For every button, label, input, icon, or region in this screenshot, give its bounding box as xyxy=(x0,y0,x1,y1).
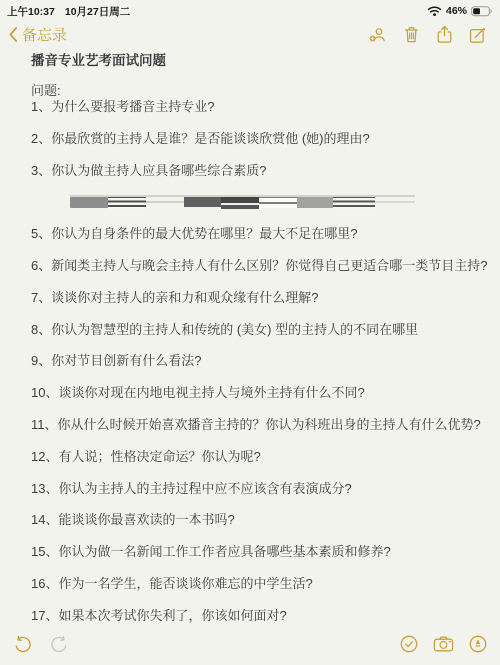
battery-icon xyxy=(471,6,493,17)
checklist-button[interactable] xyxy=(399,634,419,654)
question-text: 3、你认为做主持人应具备哪些综合素质? xyxy=(31,163,266,178)
question-text: 7、谈谈你对主持人的亲和力和观众缘有什么理解? xyxy=(31,290,318,305)
question-line: 9、你对节目创新有什么看法? xyxy=(31,353,494,369)
battery-percent: 46% xyxy=(446,5,467,17)
markup-icon xyxy=(468,634,488,654)
notes-app-window: 上午10:37 10月27日周二 46% xyxy=(0,0,500,665)
bottom-toolbar xyxy=(0,629,500,659)
back-label: 备忘录 xyxy=(22,24,67,45)
question-text: 15、你认为做一名新闻工作工作者应具备哪些基本素质和修养? xyxy=(31,544,391,559)
question-line: 14、能谈谈你最喜欢读的一本书吗? xyxy=(31,512,494,528)
question-text: 5、你认为自身条件的最大优势在哪里？最大不足在哪里? xyxy=(31,226,357,241)
share-icon xyxy=(435,25,454,44)
trash-icon xyxy=(402,25,421,44)
redo-button[interactable] xyxy=(49,634,70,655)
chevron-left-icon xyxy=(8,26,18,43)
question-line: 10、谈谈你对现在内地电视主持人与境外主持有什么不同? xyxy=(31,385,494,401)
question-text: 9、你对节目创新有什么看法? xyxy=(31,353,201,368)
camera-button[interactable] xyxy=(433,634,454,654)
back-button[interactable]: 备忘录 xyxy=(8,24,67,45)
question-line: 7、谈谈你对主持人的亲和力和观众缘有什么理解? xyxy=(31,290,494,306)
question-text: 1、为什么要报考播音主持专业? xyxy=(31,99,214,114)
question-list: 1、为什么要报考播音主持专业? 2、你最欣赏的主持人是谁？是否能谈谈欣赏他 (她… xyxy=(31,99,494,624)
question-line: 11、你从什么时候开始喜欢播音主持的？你认为科班出身的主持人有什么优势? xyxy=(31,417,494,433)
markup-button[interactable] xyxy=(468,634,488,654)
note-content[interactable]: 播音专业艺考面试问题 问题: 1、为什么要报考播音主持专业? 2、你最欣赏的主持… xyxy=(31,47,494,640)
compose-button[interactable] xyxy=(468,25,487,44)
question-text: 10、谈谈你对现在内地电视主持人与境外主持有什么不同? xyxy=(31,385,365,400)
status-bar: 上午10:37 10月27日周二 46% xyxy=(0,0,500,18)
wifi-icon xyxy=(427,5,442,17)
note-intro: 问题: xyxy=(31,83,494,99)
question-text: 2、你最欣赏的主持人是谁？是否能谈谈欣赏他 (她)的理由? xyxy=(31,131,370,146)
undo-icon xyxy=(12,634,33,655)
status-date: 10月27日周二 xyxy=(65,4,130,19)
question-text: 11、你从什么时候开始喜欢播音主持的？你认为科班出身的主持人有什么优势? xyxy=(31,417,481,432)
redacted-scribble xyxy=(70,194,415,210)
redo-icon xyxy=(49,634,70,655)
add-people-icon xyxy=(368,25,388,44)
question-line: 3、你认为做主持人应具备哪些综合素质? xyxy=(31,163,494,179)
question-text: 16、作为一名学生，能否谈谈你难忘的中学生活? xyxy=(31,576,313,591)
status-time: 上午10:37 xyxy=(7,4,55,19)
share-button[interactable] xyxy=(435,25,454,44)
question-text: 8、你认为智慧型的主持人和传统的 (美女) 型的主持人的不同在哪里 xyxy=(31,322,418,337)
question-line: 12、有人说；性格决定命运？你认为呢? xyxy=(31,449,494,465)
question-line: 1、为什么要报考播音主持专业? xyxy=(31,99,494,115)
question-line: 15、你认为做一名新闻工作工作者应具备哪些基本素质和修养? xyxy=(31,544,494,560)
question-text: 17、如果本次考试你失利了，你该如何面对? xyxy=(31,608,287,623)
question-line: 16、作为一名学生，能否谈谈你难忘的中学生活? xyxy=(31,576,494,592)
question-text: 14、能谈谈你最喜欢读的一本书吗? xyxy=(31,512,235,527)
question-line xyxy=(31,194,494,210)
question-line: 17、如果本次考试你失利了，你该如何面对? xyxy=(31,608,494,624)
question-line: 2、你最欣赏的主持人是谁？是否能谈谈欣赏他 (她)的理由? xyxy=(31,131,494,147)
add-people-button[interactable] xyxy=(368,25,388,44)
question-line: 13、你认为主持人的主持过程中应不应该含有表演成分? xyxy=(31,481,494,497)
delete-note-button[interactable] xyxy=(402,25,421,44)
question-line: 8、你认为智慧型的主持人和传统的 (美女) 型的主持人的不同在哪里 xyxy=(31,322,494,338)
question-text: 12、有人说；性格决定命运？你认为呢? xyxy=(31,449,261,464)
question-text: 6、新闻类主持人与晚会主持人有什么区别？你觉得自己更适合哪一类节目主持? xyxy=(31,258,487,273)
question-line: 6、新闻类主持人与晚会主持人有什么区别？你觉得自己更适合哪一类节目主持? xyxy=(31,258,494,274)
question-line: 5、你认为自身条件的最大优势在哪里？最大不足在哪里? xyxy=(31,226,494,242)
compose-icon xyxy=(468,25,487,44)
camera-icon xyxy=(433,634,454,654)
note-title: 播音专业艺考面试问题 xyxy=(31,52,494,69)
question-text: 13、你认为主持人的主持过程中应不应该含有表演成分? xyxy=(31,481,352,496)
nav-bar: 备忘录 xyxy=(0,21,500,47)
checklist-icon xyxy=(399,634,419,654)
undo-button[interactable] xyxy=(12,634,33,655)
